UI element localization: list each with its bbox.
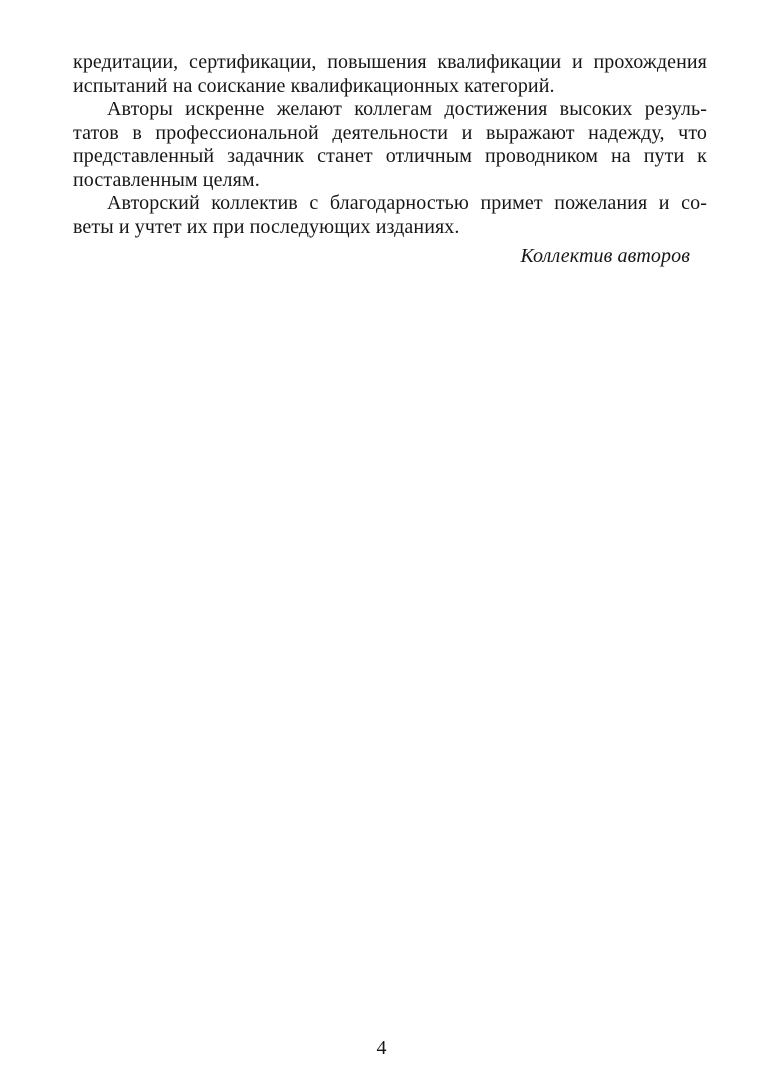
text-line: поставленным целям. — [73, 169, 707, 193]
text-line: веты и учтет их при последующих изданиях… — [73, 216, 707, 240]
document-page: кредитации, сертификации, повышения квал… — [0, 0, 763, 1079]
text-line: испытаний на соискание квалификационных … — [73, 75, 707, 99]
text-line: кредитации, сертификации, повышения квал… — [73, 51, 707, 75]
body-text: кредитации, сертификации, повышения квал… — [73, 51, 707, 269]
text-line: татов в профессиональной деятельности и … — [73, 122, 707, 146]
text-line: представленный задачник станет отличным … — [73, 145, 707, 169]
text-line: Авторский коллектив с благодарностью при… — [73, 192, 707, 216]
author-signature: Коллектив авторов — [73, 245, 707, 269]
page-number: 4 — [0, 1037, 763, 1061]
text-line: Авторы искренне желают коллегам достижен… — [73, 98, 707, 122]
